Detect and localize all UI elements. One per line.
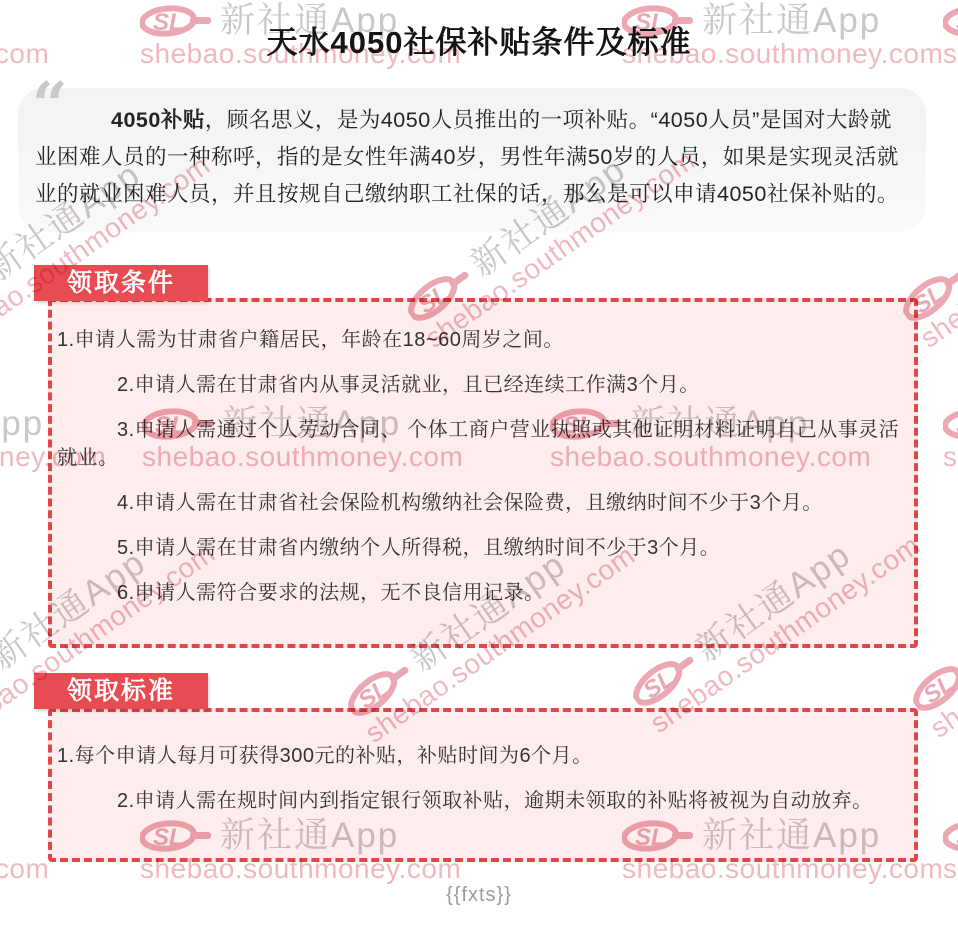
watermark-unit: SL新社通Appshebao.southmoney.com [0, 818, 38, 883]
list-item: 6.申请人需符合要求的法规，无不良信用记录。 [57, 579, 900, 607]
footer-placeholder: {{fxts}} [0, 884, 958, 907]
watermark-unit: SL新社通Appshebao.southmoney.com [943, 818, 958, 883]
list-item: 2.申请人需在甘肃省内从事灵活就业，且已经连续工作满3个月。 [57, 371, 900, 399]
watermark-unit: SL新社通Appshebao.southmoney.com [943, 406, 958, 471]
standards-list: 1.每个申请人每月可获得300元的补贴，补贴时间为6个月。2.申请人需在规时间内… [52, 712, 914, 815]
section-label-standards: 领取标准 [34, 673, 208, 709]
section-label-conditions: 领取条件 [34, 265, 208, 301]
list-item: 2.申请人需在规时间内到指定银行领取补贴，逾期未领取的补贴将被视为自动放弃。 [57, 787, 900, 815]
svg-text:SL: SL [918, 670, 958, 710]
intro-lead: 4050补贴 [111, 108, 205, 132]
page-title: 天水4050社保补贴条件及标准 [0, 22, 958, 64]
standards-panel: 1.每个申请人每月可获得300元的补贴，补贴时间为6个月。2.申请人需在规时间内… [48, 708, 918, 862]
watermark-site: shebao.southmoney.com [0, 855, 38, 883]
shebao-logo-icon: SL [943, 407, 958, 441]
shebao-logo-icon: SL [625, 644, 703, 713]
watermark-site: shebao.southmoney.com [943, 855, 958, 883]
intro-paragraph: 4050补贴，顾名思义，是为4050人员推出的一项补贴。“4050人员”是国对大… [35, 102, 909, 213]
watermark-site: shebao.southmoney.com [943, 443, 958, 471]
list-item: 1.申请人需为甘肃省户籍居民，年龄在18~60周岁之间。 [57, 326, 900, 354]
list-item: 5.申请人需在甘肃省内缴纳个人所得税，且缴纳时间不少于3个月。 [57, 534, 900, 562]
list-item: 1.每个申请人每月可获得300元的补贴，补贴时间为6个月。 [57, 742, 900, 770]
list-item: 3.申请人需通过个人劳动合同、 个体工商户营业执照或其他证明材料证明自己从事灵活… [57, 416, 900, 472]
intro-card: “ 4050补贴，顾名思义，是为4050人员推出的一项补贴。“4050人员”是国… [18, 88, 926, 232]
article-page: 天水4050社保补贴条件及标准 “ 4050补贴，顾名思义，是为4050人员推出… [0, 0, 958, 946]
conditions-list: 1.申请人需为甘肃省户籍居民，年龄在18~60周岁之间。2.申请人需在甘肃省内从… [52, 302, 914, 607]
watermark-brand: 新社通App [0, 406, 44, 442]
conditions-panel: 1.申请人需为甘肃省户籍居民，年龄在18~60周岁之间。2.申请人需在甘肃省内从… [48, 298, 918, 648]
svg-text:SL: SL [638, 665, 679, 705]
shebao-logo-icon: SL [943, 819, 958, 853]
list-item: 4.申请人需在甘肃省社会保险机构缴纳社会保险费，且缴纳时间不少于3个月。 [57, 489, 900, 517]
watermark-site: shebao.southmoney.com [926, 542, 958, 743]
